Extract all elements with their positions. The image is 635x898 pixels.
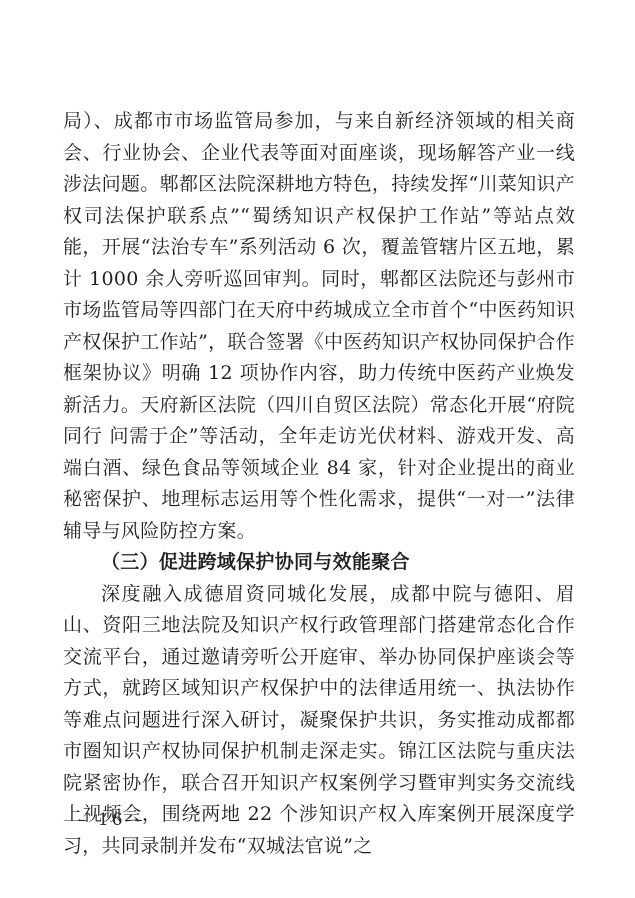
document-page: 局）、成都市市场监管局参加，与来自新经济领域的相关商会、行业协会、企业代表等面对…: [0, 0, 635, 898]
paragraph-continuation: 局）、成都市市场监管局参加，与来自新经济领域的相关商会、行业协会、企业代表等面对…: [63, 106, 575, 547]
document-body: 局）、成都市市场监管局参加，与来自新经济领域的相关商会、行业协会、企业代表等面对…: [63, 106, 575, 862]
section-heading: （三）促进跨域保护协同与效能聚合: [63, 547, 575, 579]
page-number: – 16 –: [78, 810, 145, 830]
